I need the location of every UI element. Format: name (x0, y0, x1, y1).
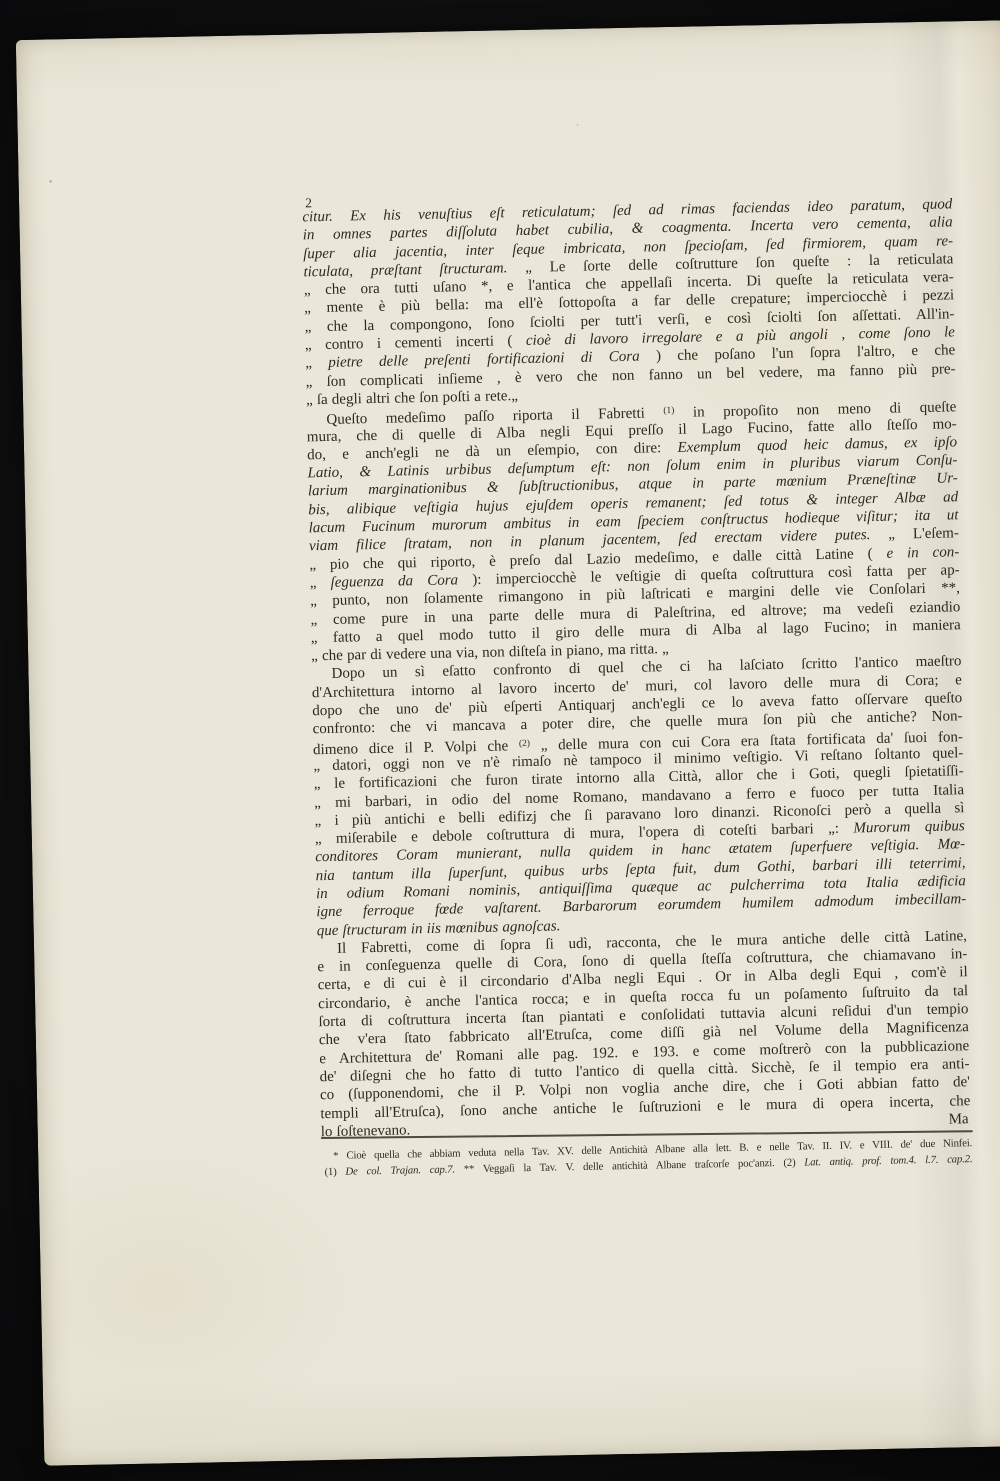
italic-text: Lat. antiq. prof. tom.4. l.7. cap.2. (804, 1153, 972, 1168)
roman-text: „ (310, 575, 331, 591)
page-number: 2 (305, 195, 313, 211)
footnotes: * Cioè quella che abbiam veduta nella Ta… (324, 1136, 972, 1180)
roman-text: „ L'eſem- (888, 526, 959, 543)
text-block: 2 citur. Ex his venuſtius eſt reticulatu… (302, 195, 971, 1141)
footnote-marker: (2) (519, 739, 530, 749)
footnote-marker: (1) (663, 406, 674, 416)
book-page: 2 citur. Ex his venuſtius eſt reticulatu… (16, 20, 1000, 1466)
italic-text: Murorum quibus (853, 818, 965, 836)
italic-text: De col. Trajan. cap.7. (345, 1163, 455, 1177)
photo-background: 2 citur. Ex his venuſtius eſt reticulatu… (0, 0, 1000, 1481)
italic-text: e in con- (886, 544, 959, 561)
body-paragraphs: citur. Ex his venuſtius eſt reticulatum;… (302, 195, 971, 1141)
catchword: Ma (948, 1110, 968, 1129)
roman-text: „ (305, 355, 328, 371)
roman-text: (1) (324, 1165, 345, 1177)
italic-text: ſeguenza da Cora (330, 572, 458, 591)
